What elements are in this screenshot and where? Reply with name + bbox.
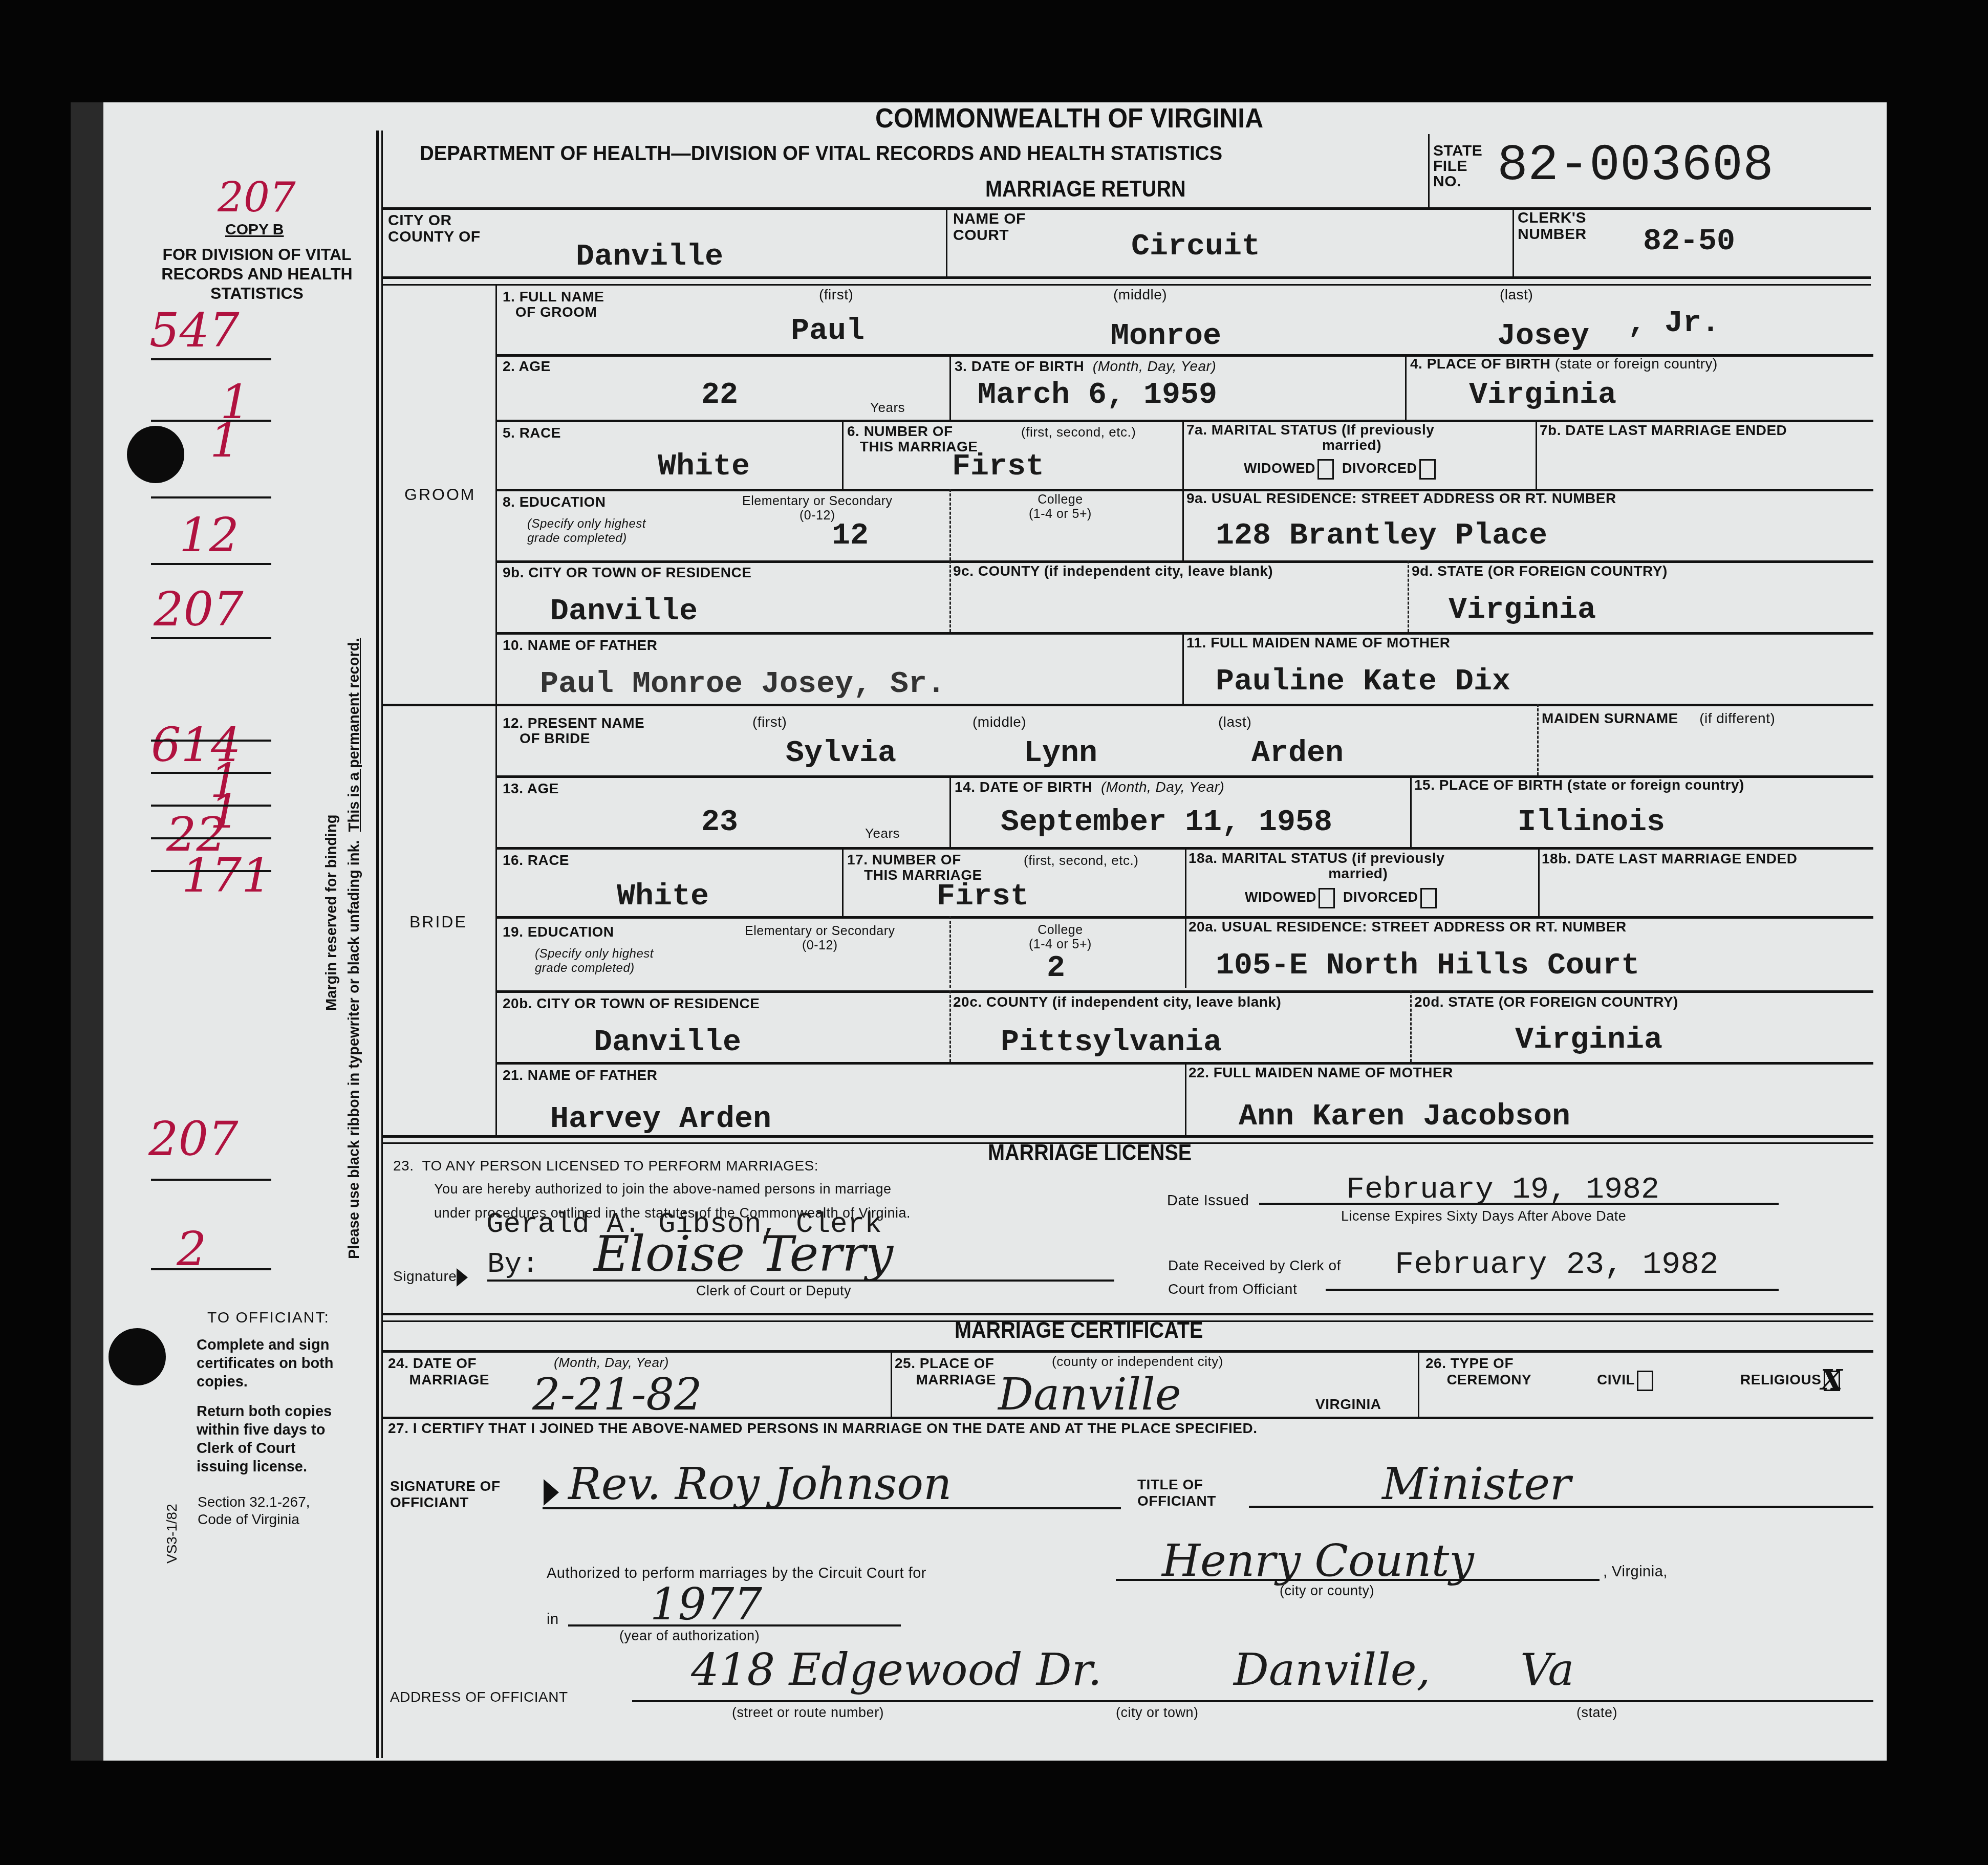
form-code: VS3-1/82	[164, 1504, 180, 1564]
groom-marital-status-label: 7a. MARITAL STATUS (If previously marrie…	[1186, 422, 1434, 453]
religious-checkbox[interactable]: X	[1824, 1371, 1840, 1391]
date-received-label: Date Received by Clerk of Court from Off…	[1168, 1254, 1341, 1301]
groom-dob-label: 3. DATE OF BIRTH (Month, Day, Year)	[955, 358, 1216, 375]
permanent-record-note: This is a permanent record.	[346, 638, 362, 832]
punch-hole	[109, 1328, 166, 1385]
divorced-label: DIVORCED	[1342, 461, 1417, 476]
first-hint: (first)	[819, 287, 853, 303]
margin-line	[151, 496, 271, 498]
margin-line	[151, 870, 271, 872]
clerk-caption: Clerk of Court or Deputy	[696, 1283, 851, 1299]
groom-street-label: 9a. USUAL RESIDENCE: STREET ADDRESS OR R…	[1186, 490, 1616, 507]
margin-line	[151, 1268, 271, 1270]
bride-name-label: 12. PRESENT NAME OF BRIDE	[503, 715, 644, 746]
signature-line	[543, 1507, 1121, 1509]
divider	[1410, 775, 1412, 847]
middle-hint: (middle)	[1113, 287, 1167, 303]
bride-last-marriage-ended-label: 18b. DATE LAST MARRIAGE ENDED	[1542, 851, 1797, 867]
bride-state-label: 20d. STATE (OR FOREIGN COUNTRY)	[1414, 994, 1678, 1010]
court-name-value[interactable]: Circuit	[1131, 230, 1260, 263]
officiant-state[interactable]: Va	[1520, 1647, 1574, 1693]
groom-section-label: GROOM	[404, 486, 476, 503]
divider	[842, 420, 844, 489]
groom-street-address[interactable]: 128 Brantley Place	[1216, 519, 1547, 552]
widowed-checkbox[interactable]	[1319, 888, 1335, 908]
groom-state-label: 9d. STATE (OR FOREIGN COUNTRY)	[1412, 563, 1668, 579]
divider	[1182, 420, 1184, 489]
title-line	[1249, 1506, 1873, 1508]
divider	[1410, 990, 1412, 1062]
date-received-value[interactable]: February 23, 1982	[1395, 1248, 1719, 1282]
bride-education-label: 19. EDUCATION	[503, 924, 614, 940]
binding-note: Margin reserved for binding	[323, 815, 340, 1011]
officiant-city[interactable]: Danville,	[1234, 1647, 1431, 1693]
margin-code: 12	[179, 512, 239, 559]
form-border-left	[376, 131, 379, 1758]
certify-statement: 27. I CERTIFY THAT I JOINED THE ABOVE-NA…	[388, 1420, 1257, 1437]
row-rule	[381, 276, 1871, 279]
clerk-signature[interactable]: Eloise Terry	[594, 1231, 893, 1277]
divider	[949, 916, 951, 988]
marriage-date-hint: (Month, Day, Year)	[554, 1354, 669, 1371]
divider	[1182, 489, 1184, 560]
margin-line	[151, 358, 271, 360]
address-line	[632, 1700, 1873, 1702]
groom-mother-name[interactable]: Pauline Kate Dix	[1216, 665, 1510, 698]
divorced-checkbox[interactable]	[1419, 459, 1436, 480]
religious-label: RELIGIOUS	[1740, 1372, 1822, 1387]
margin-line	[151, 772, 271, 774]
groom-first-name[interactable]: Paul	[791, 315, 865, 348]
divider	[949, 775, 951, 847]
row-rule	[496, 489, 1873, 491]
bride-middle-name[interactable]: Lynn	[1024, 737, 1097, 770]
form-border-left-inner	[381, 131, 383, 1758]
maiden-label-text: MAIDEN SURNAME	[1542, 710, 1678, 726]
marriage-number-hint: (first, second, etc.)	[1024, 852, 1138, 869]
ink-instruction-text: Please use black ribbon in typewriter or…	[346, 832, 362, 1259]
groom-pob[interactable]: Virginia	[1469, 379, 1616, 411]
groom-father-name[interactable]: Paul Monroe Josey, Sr.	[540, 668, 945, 701]
divider	[946, 207, 947, 279]
groom-last-name[interactable]: Josey	[1497, 320, 1589, 353]
margin-line	[151, 740, 271, 742]
marriage-place[interactable]: Danville	[998, 1372, 1181, 1418]
state-file-number: 82-003608	[1497, 138, 1774, 194]
bride-mother-label: 22. FULL MAIDEN NAME OF MOTHER	[1189, 1065, 1453, 1081]
divider	[842, 847, 844, 916]
divider	[949, 990, 951, 1062]
marriage-date[interactable]: 2-21-82	[532, 1372, 702, 1418]
officiant-note: Complete and sign certificates on both c…	[197, 1336, 334, 1391]
margin-line	[151, 563, 271, 565]
margin-line	[151, 1179, 271, 1181]
civil-label: CIVIL	[1597, 1372, 1635, 1387]
scan-edge-strip	[71, 102, 103, 1761]
bride-county[interactable]: Pittsylvania	[1001, 1026, 1222, 1059]
arrow-right-icon	[457, 1268, 468, 1287]
years-label: Years	[870, 399, 905, 416]
margin-code: 171	[182, 852, 272, 899]
divorced-checkbox[interactable]	[1420, 888, 1437, 908]
code-reference: Section 32.1-267, Code of Virginia	[198, 1493, 310, 1528]
bride-dob-label: 14. DATE OF BIRTH (Month, Day, Year)	[955, 779, 1224, 795]
virginia-suffix: , Virginia,	[1603, 1564, 1668, 1580]
bride-race-label: 16. RACE	[503, 852, 569, 869]
city-caption: (city or town)	[1116, 1704, 1199, 1721]
last-hint: (last)	[1500, 287, 1533, 303]
signature-label-text: Signature	[393, 1268, 457, 1284]
college-label: College (1-4 or 5+)	[1029, 492, 1092, 521]
widowed-label: WIDOWED	[1244, 461, 1315, 476]
groom-county-label: 9c. COUNTY (if independent city, leave b…	[953, 563, 1273, 579]
education-hint: (Specify only highest grade completed)	[535, 947, 654, 975]
dob-hint: (Month, Day, Year)	[1093, 358, 1216, 374]
margin-code: 2	[177, 1226, 207, 1273]
bride-street-label: 20a. USUAL RESIDENCE: STREET ADDRESS OR …	[1189, 919, 1627, 935]
form-name: MARRIAGE RETURN	[985, 177, 1186, 202]
ceremony-type-label: 26. TYPE OF CEREMONY	[1425, 1355, 1531, 1388]
bride-father-name[interactable]: Harvey Arden	[550, 1103, 771, 1136]
margin-code: 547	[149, 307, 240, 354]
divider	[1182, 632, 1184, 704]
section-rule	[381, 704, 1873, 706]
document-title: COMMONWEALTH OF VIRGINIA	[875, 102, 1263, 134]
city-county-value[interactable]: Danville	[576, 241, 723, 273]
section-divider	[495, 284, 497, 709]
dob-label-text: 14. DATE OF BIRTH	[955, 779, 1092, 795]
by-label: By:	[487, 1249, 539, 1280]
bride-age[interactable]: 23	[701, 806, 738, 839]
bride-marriage-number-label: 17. NUMBER OF THIS MARRIAGE	[847, 852, 982, 883]
court-name-label: NAME OF COURT	[953, 211, 1026, 244]
groom-marriage-number[interactable]: First	[952, 450, 1044, 483]
divorced-label: DIVORCED	[1343, 890, 1418, 905]
bride-father-label: 21. NAME OF FATHER	[503, 1067, 658, 1083]
groom-name-label: 1. FULL NAME OF GROOM	[503, 289, 604, 320]
bride-dob[interactable]: September 11, 1958	[1001, 806, 1332, 839]
section-divider	[495, 706, 497, 1136]
city-county-caption: (city or county)	[1280, 1582, 1374, 1599]
groom-race-label: 5. RACE	[503, 425, 561, 441]
groom-pob-label: 4. PLACE OF BIRTH (state or foreign coun…	[1410, 356, 1718, 372]
section-rule	[381, 1313, 1873, 1315]
religious-option[interactable]: RELIGIOUSX	[1740, 1371, 1840, 1391]
authorizing-court[interactable]: Henry County	[1162, 1538, 1474, 1584]
divider	[949, 354, 951, 421]
divider	[1185, 1062, 1186, 1136]
bride-city-label: 20b. CITY OR TOWN OF RESIDENCE	[503, 995, 760, 1012]
college-label: College (1-4 or 5+)	[1029, 923, 1092, 951]
middle-hint: (middle)	[973, 714, 1026, 730]
margin-red-number: 207	[218, 174, 296, 221]
dob-hint: (Month, Day, Year)	[1101, 779, 1224, 795]
civil-option[interactable]: CIVIL	[1597, 1371, 1653, 1391]
bride-age-label: 13. AGE	[503, 780, 559, 797]
bride-widowed-option[interactable]: WIDOWED DIVORCED	[1245, 888, 1437, 908]
bride-street-address[interactable]: 105-E North Hills Court	[1216, 949, 1639, 982]
margin-code: 207	[148, 1116, 239, 1163]
year-line	[568, 1624, 901, 1627]
license-item-label: 23. TO ANY PERSON LICENSED TO PERFORM MA…	[393, 1158, 818, 1174]
arrow-right-icon	[544, 1479, 559, 1506]
clerk-number-value[interactable]: 82-50	[1643, 225, 1735, 258]
divider	[1537, 704, 1539, 775]
bride-city[interactable]: Danville	[594, 1026, 741, 1059]
officiant-street[interactable]: 418 Edgewood Dr.	[691, 1647, 1102, 1693]
copy-label: COPY B	[225, 221, 284, 238]
groom-suffix[interactable]: , Jr.	[1628, 307, 1720, 340]
groom-father-label: 10. NAME OF FATHER	[503, 637, 658, 654]
authorization-year[interactable]: 1977	[650, 1581, 762, 1628]
elementary-label: Elementary or Secondary (0-12)	[745, 924, 895, 952]
bride-marriage-number[interactable]: First	[937, 880, 1029, 913]
bride-pob-label: 15. PLACE OF BIRTH (state or foreign cou…	[1414, 777, 1744, 793]
year-caption: (year of authorization)	[619, 1628, 760, 1644]
bride-race[interactable]: White	[617, 880, 709, 913]
marriage-place-hint: (county or independent city)	[1052, 1353, 1223, 1370]
officiant-heading: TO OFFICIANT:	[207, 1309, 330, 1327]
divider	[1536, 420, 1537, 489]
copy-description: FOR DIVISION OF VITAL RECORDS AND HEALTH…	[144, 245, 370, 303]
street-caption: (street or route number)	[732, 1704, 884, 1721]
divider	[1185, 916, 1186, 988]
section-rule	[381, 1135, 1873, 1138]
row-rule	[496, 990, 1873, 993]
first-hint: (first)	[752, 714, 787, 730]
license-heading: MARRIAGE LICENSE	[988, 1140, 1192, 1166]
certificate-heading: MARRIAGE CERTIFICATE	[955, 1318, 1203, 1343]
groom-age-label: 2. AGE	[503, 358, 551, 375]
dob-label-text: 3. DATE OF BIRTH	[955, 358, 1084, 374]
officiant-title-label: TITLE OF OFFICIANT	[1137, 1477, 1216, 1509]
groom-middle-name[interactable]: Monroe	[1111, 320, 1221, 353]
date-issued-label: Date Issued	[1167, 1192, 1249, 1209]
row-rule	[381, 284, 1871, 286]
officiant-title[interactable]: Minister	[1382, 1461, 1571, 1507]
divider	[1512, 207, 1514, 279]
groom-widowed-option[interactable]: WIDOWED DIVORCED	[1244, 459, 1436, 480]
clerk-number-label: CLERK'S NUMBER	[1518, 210, 1587, 243]
divider	[1408, 560, 1409, 632]
marriage-place-label: 25. PLACE OF MARRIAGE	[895, 1355, 996, 1388]
ink-instruction: Please use black ribbon in typewriter or…	[346, 638, 363, 1259]
years-label: Years	[865, 825, 900, 841]
groom-mother-label: 11. FULL MAIDEN NAME OF MOTHER	[1186, 635, 1450, 651]
bride-college-years[interactable]: 2	[1047, 952, 1065, 985]
widowed-checkbox[interactable]	[1317, 459, 1334, 480]
bride-county-label: 20c. COUNTY (if independent city, leave …	[953, 994, 1281, 1010]
marriage-date-label: 24. DATE OF MARRIAGE	[388, 1355, 489, 1388]
marriage-place-state: VIRGINIA	[1315, 1396, 1381, 1413]
groom-state[interactable]: Virginia	[1449, 594, 1596, 626]
groom-age[interactable]: 22	[701, 379, 738, 411]
marriage-number-hint: (first, second, etc.)	[1021, 424, 1136, 440]
bride-state[interactable]: Virginia	[1515, 1024, 1662, 1056]
groom-race[interactable]: White	[658, 450, 750, 483]
groom-city[interactable]: Danville	[550, 595, 698, 628]
bride-pob[interactable]: Illinois	[1518, 806, 1665, 839]
signature-line	[487, 1280, 1114, 1282]
education-hint: (Specify only highest grade completed)	[527, 517, 646, 546]
date-issued-value[interactable]: February 19, 1982	[1346, 1173, 1659, 1207]
margin-code: 207	[154, 586, 244, 633]
bride-last-name[interactable]: Arden	[1251, 737, 1344, 770]
elementary-label: Elementary or Secondary (0-12)	[742, 494, 893, 523]
officiant-return-note: Return both copies within five days to C…	[197, 1402, 332, 1476]
groom-elementary-grade[interactable]: 12	[832, 519, 869, 552]
groom-dob[interactable]: March 6, 1959	[978, 379, 1217, 411]
bride-section-label: BRIDE	[409, 914, 467, 930]
margin-line	[151, 637, 271, 639]
margin-line	[151, 837, 271, 839]
civil-checkbox[interactable]	[1637, 1371, 1653, 1391]
pob-hint: (state or foreign country)	[1555, 356, 1718, 372]
bride-marital-status-label: 18a. MARITAL STATUS (if previously marri…	[1189, 851, 1444, 881]
state-file-label: STATE FILE NO.	[1433, 143, 1482, 189]
pob-label-text: 4. PLACE OF BIRTH	[1410, 356, 1551, 372]
divider	[891, 1350, 892, 1417]
last-hint: (last)	[1218, 714, 1251, 730]
maiden-hint: (if different)	[1699, 710, 1775, 726]
maiden-surname-label: MAIDEN SURNAME (if different)	[1542, 710, 1775, 727]
divider	[1418, 1350, 1419, 1417]
expiry-note: License Expires Sixty Days After Above D…	[1341, 1208, 1626, 1224]
officiant-signature[interactable]: Rev. Roy Johnson	[568, 1461, 952, 1507]
check-mark-icon: X	[1821, 1366, 1843, 1394]
divider	[1538, 847, 1540, 916]
in-label: in	[547, 1611, 559, 1628]
city-county-label: CITY OR COUNTY OF	[388, 212, 481, 245]
divider	[1185, 847, 1186, 916]
department-name: DEPARTMENT OF HEALTH—DIVISION OF VITAL R…	[420, 142, 1222, 165]
margin-line	[151, 805, 271, 807]
signature-label: Signature	[393, 1268, 468, 1287]
groom-education-label: 8. EDUCATION	[503, 494, 606, 510]
date-received-line	[1326, 1289, 1779, 1291]
court-line	[1116, 1579, 1600, 1581]
widowed-label: WIDOWED	[1245, 890, 1316, 905]
row-rule	[496, 632, 1873, 635]
bride-first-name[interactable]: Sylvia	[786, 737, 896, 770]
header-rule	[381, 207, 1871, 210]
officiant-signature-label: SIGNATURE OF OFFICIANT	[390, 1478, 500, 1511]
row-rule	[381, 1417, 1873, 1419]
divider	[949, 560, 951, 632]
date-issued-line	[1259, 1203, 1779, 1205]
groom-last-marriage-ended-label: 7b. DATE LAST MARRIAGE ENDED	[1540, 422, 1787, 439]
groom-city-label: 9b. CITY OR TOWN OF RESIDENCE	[503, 565, 751, 581]
officiant-address-label: ADDRESS OF OFFICIANT	[390, 1689, 568, 1705]
divider	[1405, 354, 1407, 421]
margin-code: 1	[210, 417, 240, 464]
punch-hole	[127, 426, 184, 483]
row-rule	[381, 1350, 1873, 1353]
divider	[949, 489, 951, 560]
state-caption: (state)	[1576, 1704, 1617, 1721]
bride-mother-name[interactable]: Ann Karen Jacobson	[1239, 1100, 1570, 1133]
divider	[1428, 134, 1430, 210]
